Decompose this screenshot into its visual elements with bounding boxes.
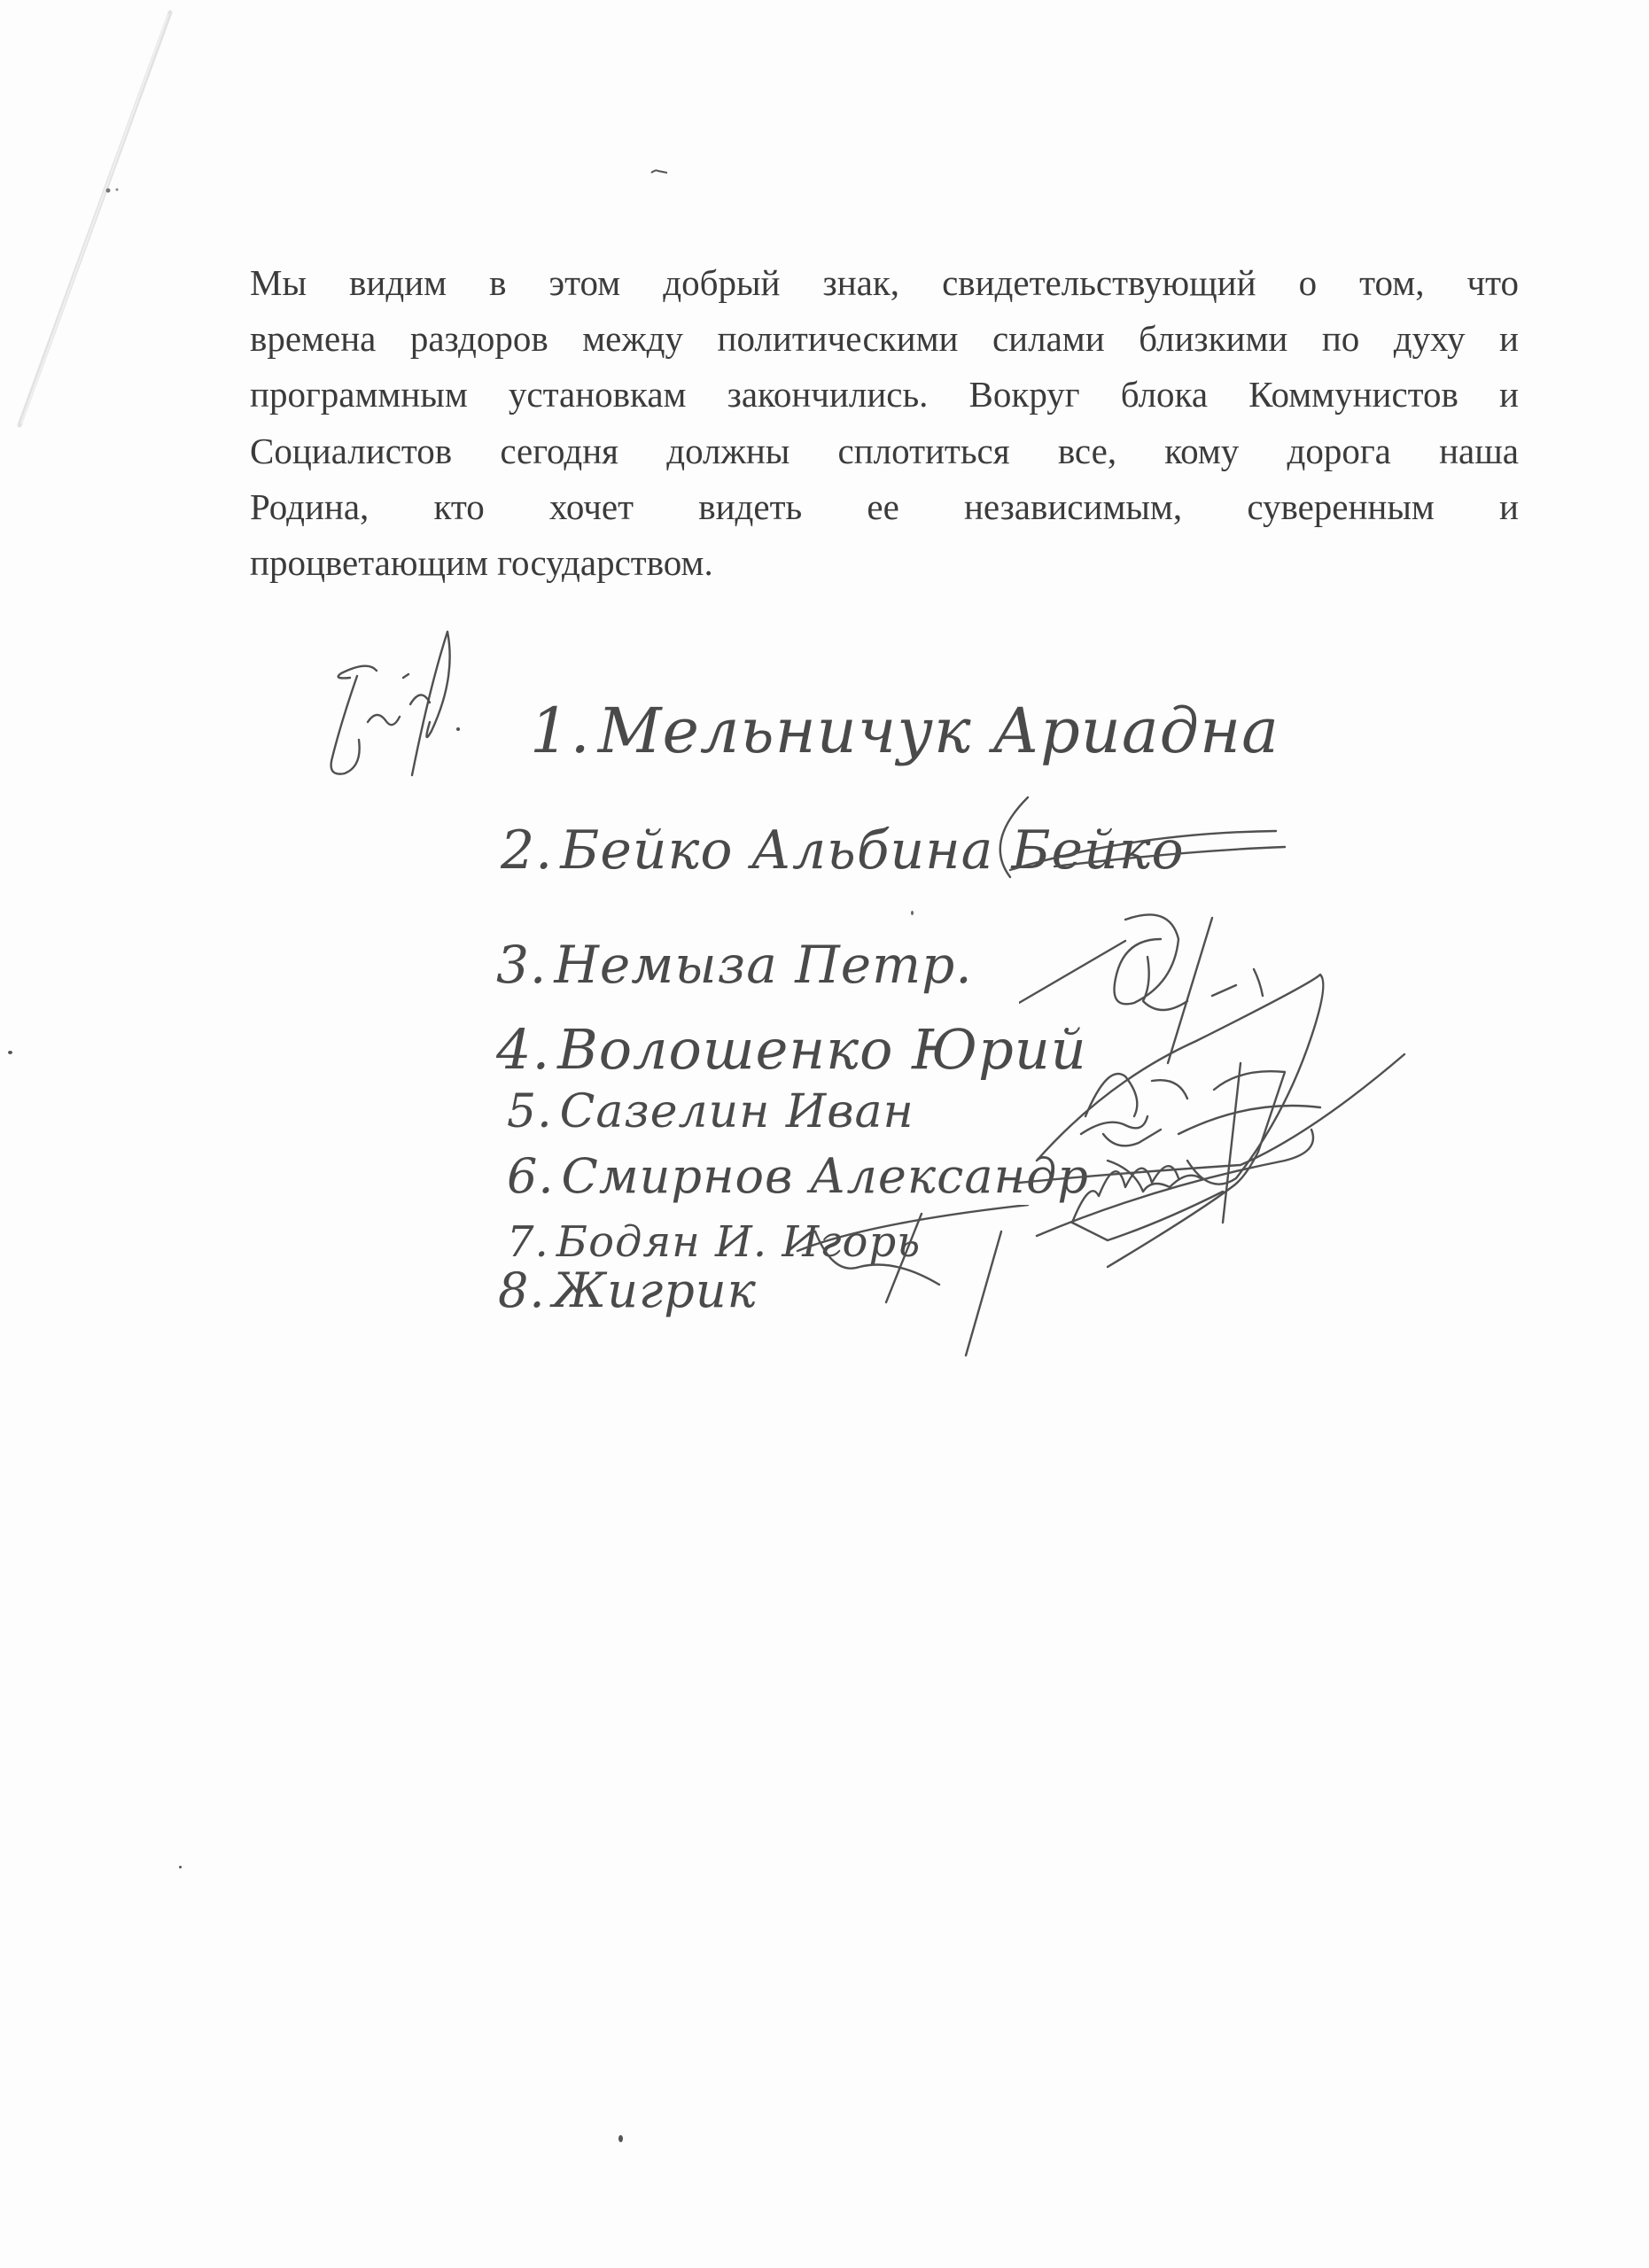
- initials-signature: [315, 625, 470, 788]
- signatures-scribble-cluster: [1019, 886, 1462, 1329]
- initials-label: ТП: [323, 673, 327, 674]
- signatory-row: 4.Волошенко Юрий: [496, 1017, 1087, 1082]
- signatory-number: 4.: [496, 1017, 550, 1082]
- signatory-name: Жигрик: [553, 1262, 757, 1318]
- signatory-number: 2.: [501, 819, 553, 882]
- signatory-row: 1.Мельничук Ариадна: [530, 695, 1280, 767]
- signatory-name: Немыза Петр.: [554, 935, 972, 995]
- signatory-number: 7.: [507, 1217, 549, 1267]
- signatory-row: 7.Бодян И. Игорь: [507, 1217, 921, 1267]
- signatory-number: 3.: [496, 935, 547, 995]
- signatory-number: 5.: [507, 1085, 553, 1138]
- signatory-name: Бодян И. Игорь: [556, 1217, 922, 1267]
- signatory-row: 6.Смирнов Александр: [507, 1148, 1089, 1204]
- signatory-name: Сазелин Иван: [560, 1085, 914, 1138]
- scanned-page: Мы видим в этом добрый знак, свидетельст…: [0, 0, 1649, 2268]
- signatory-name: Смирнов Александр: [562, 1148, 1089, 1204]
- signatory-row: 5.Сазелин Иван: [507, 1085, 914, 1138]
- signatory-row: 3.Немыза Петр.: [496, 935, 973, 995]
- ink-dot: [911, 911, 914, 915]
- signatory-row: 8.Жигрик: [498, 1262, 757, 1318]
- signatory-row: 2.Бейко Альбина Бейко: [501, 819, 1185, 882]
- signatory-number: 8.: [498, 1262, 546, 1318]
- signatory-number: 6.: [507, 1148, 555, 1204]
- signatory-number: 1.: [530, 695, 591, 767]
- signature-block: ТП 1.Мельничук Ариадна 2.Бейко Альбина Б…: [0, 0, 1649, 2268]
- signatory-name: Мельничук Ариадна: [598, 695, 1280, 767]
- signatory-name: Бейко Альбина Бейко: [560, 819, 1184, 882]
- signatory-name: Волошенко Юрий: [557, 1017, 1087, 1082]
